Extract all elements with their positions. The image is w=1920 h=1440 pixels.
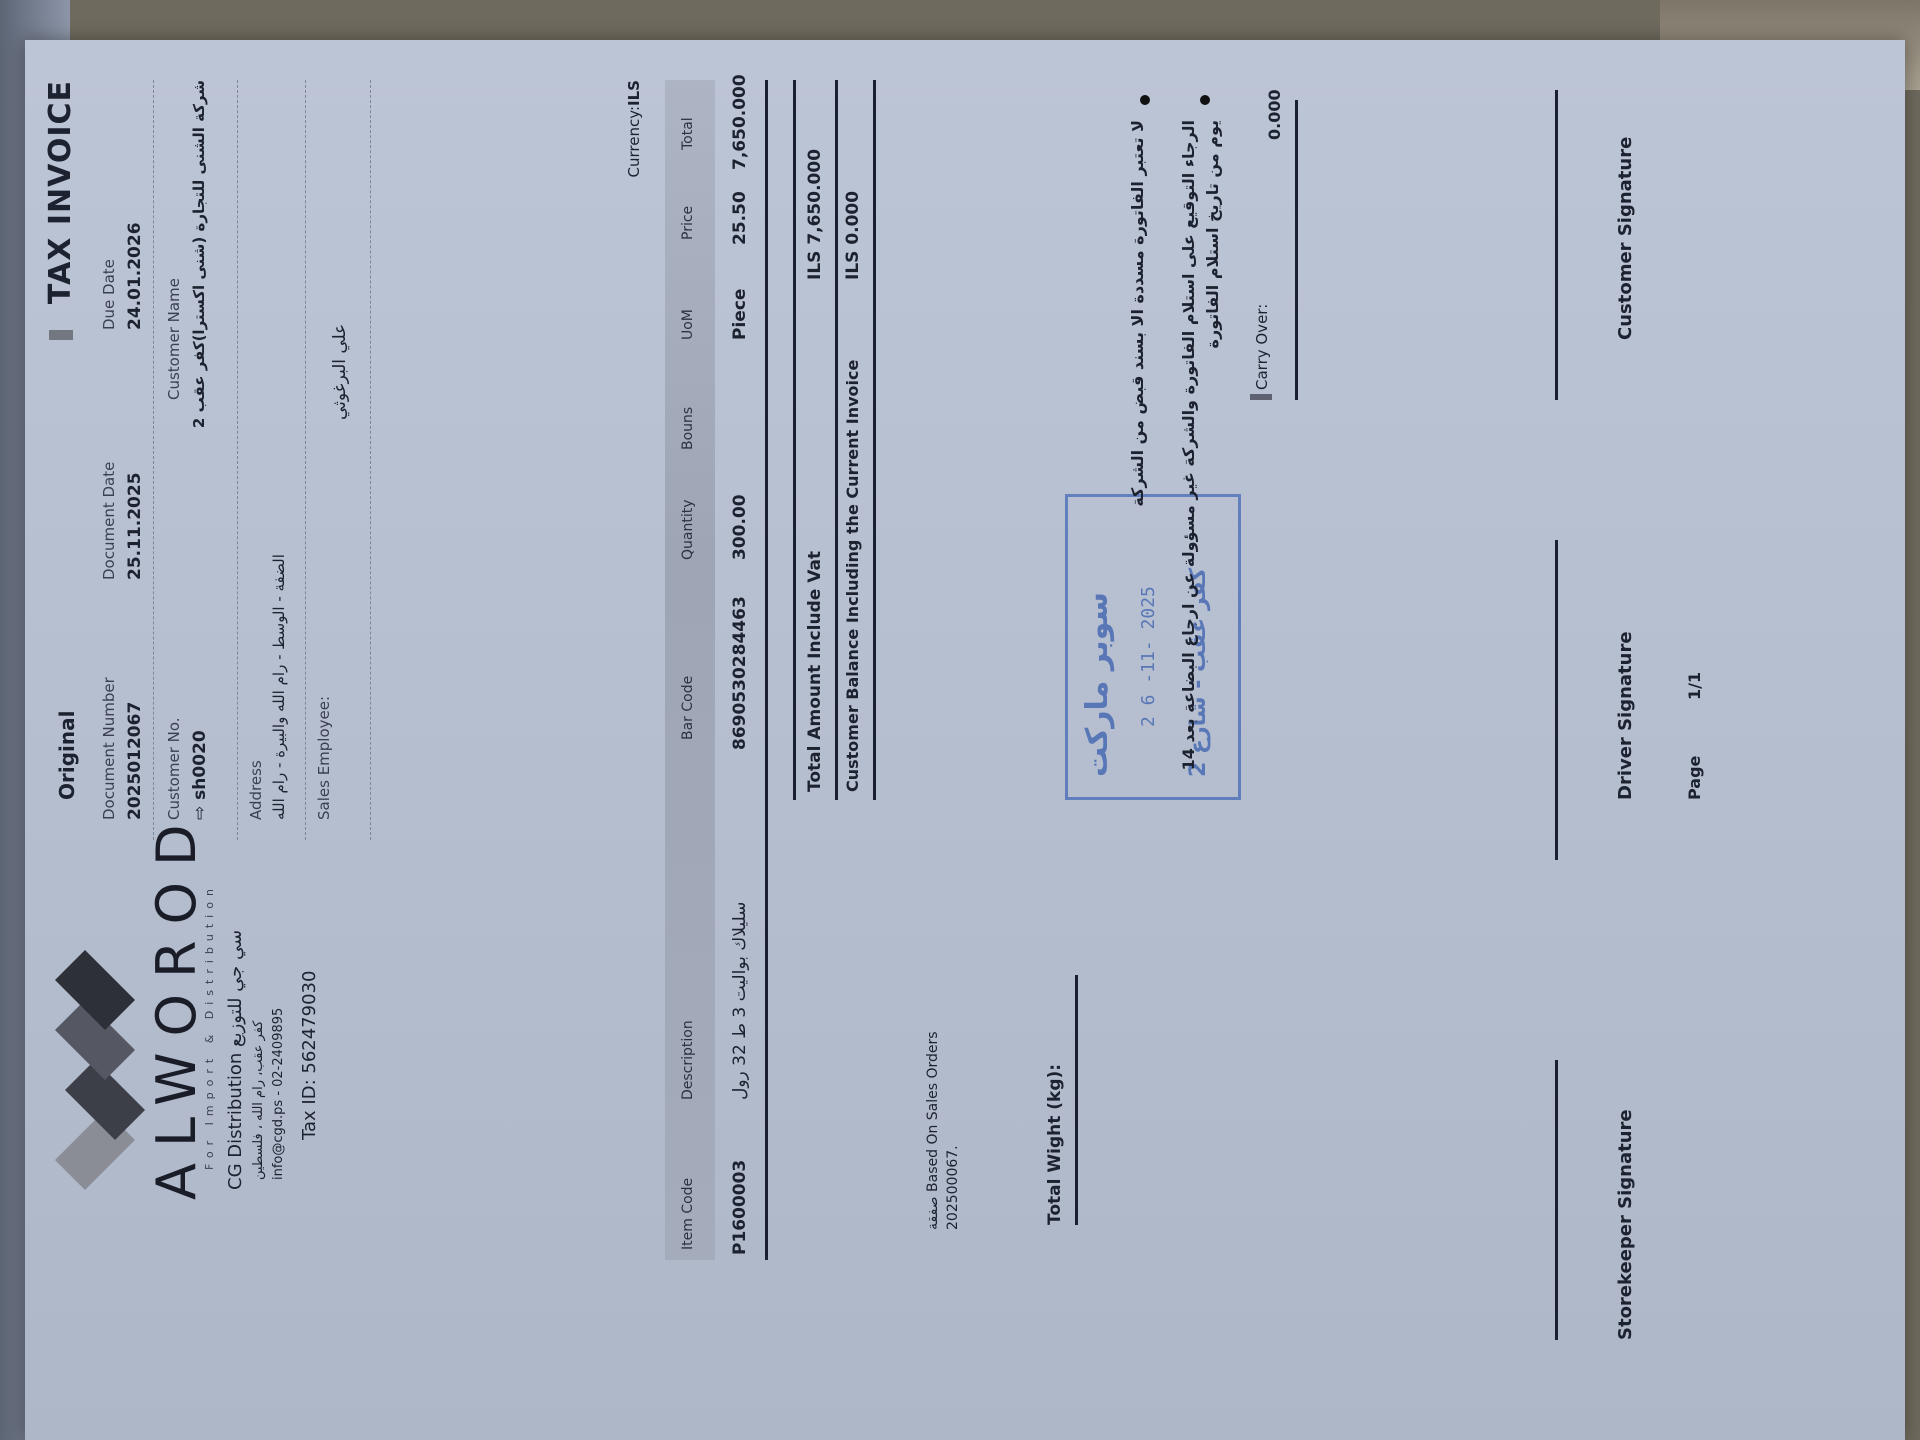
- company-name-ar: سي جي للتوزيع: [225, 930, 246, 1047]
- currency: Currency:ILS: [625, 80, 643, 178]
- carry-over-value: 0.000: [1265, 89, 1284, 140]
- company-contact: info@cgd.ps - 02-2409895: [271, 1008, 286, 1180]
- document-number-label: Document Number: [100, 677, 118, 820]
- totals-rule: [873, 80, 876, 800]
- document-date-label: Document Date: [100, 462, 118, 580]
- driver-signature: Driver Signature: [1615, 631, 1636, 800]
- stamp-line-1: سوبر ماركت: [1080, 592, 1115, 777]
- company-tax-id: Tax ID: 562479030: [299, 971, 320, 1140]
- copy-label: Original: [55, 711, 79, 800]
- note-1: لا تعتبر الفاتورة مسددة الا بسند قبض من …: [1128, 120, 1147, 660]
- currency-label: Currency:: [625, 106, 643, 178]
- total-value: ILS 7,650.000: [805, 149, 825, 280]
- logo-wordmark: ALWOROD: [145, 808, 208, 1200]
- weight-label: Total Wight (kg):: [1045, 1064, 1065, 1225]
- invoice-page: ALWOROD For Import & Distribution CG Dis…: [25, 40, 1905, 1440]
- sales-employee-value: علي البرغوثي: [330, 324, 350, 420]
- carry-marker: [1250, 394, 1272, 400]
- due-date-value: 24.01.2026: [125, 222, 145, 330]
- storekeeper-signature: Storekeeper Signature: [1615, 1109, 1636, 1340]
- based-on-text: Based On Sales Orders: [925, 1031, 941, 1192]
- col-item-code: Item Code: [680, 1178, 696, 1250]
- customer-no-value: ⇨ sh0020: [190, 730, 210, 820]
- col-bar-code: Bar Code: [680, 676, 696, 740]
- balance-label: Customer Balance Including the Current I…: [843, 360, 862, 792]
- customer-signature: Customer Signature: [1615, 137, 1636, 340]
- based-on-orders: صفقة Based On Sales Orders: [925, 1031, 941, 1230]
- address-label: Address: [247, 760, 265, 820]
- row-uom: Piece: [730, 289, 750, 340]
- col-uom: UoM: [680, 309, 696, 340]
- divider: [153, 80, 154, 840]
- customer-name-value: شركة الشنى للتجارة (شنى اكسترا)كفر عقب 2: [190, 80, 208, 640]
- customer-name-label: Customer Name: [165, 278, 183, 400]
- row-price: 25.50: [730, 191, 750, 245]
- row-total: 7,650.000: [730, 74, 750, 170]
- driver-rule: [1555, 540, 1558, 860]
- customer-no-label: Customer No.: [165, 717, 183, 820]
- weight-rule: [1075, 975, 1078, 1225]
- carry-over-rule: [1295, 100, 1298, 400]
- row-quantity: 300.00: [730, 494, 750, 560]
- balance-value: ILS 0.000: [843, 191, 863, 280]
- row-description: سليلاك بواليت 3 ط 32 رول: [730, 902, 750, 1100]
- row-bar-code: 8690530284463: [730, 596, 750, 750]
- note-bullet: [1140, 95, 1150, 105]
- document-date-value: 25.11.2025: [125, 472, 145, 580]
- col-description: Description: [680, 1020, 696, 1100]
- divider: [305, 80, 306, 840]
- currency-value: ILS: [625, 80, 643, 106]
- col-quantity: Quantity: [680, 500, 696, 561]
- storekeeper-rule: [1555, 1060, 1558, 1340]
- document-number-value: 2025012067: [125, 702, 145, 820]
- customer-rule: [1555, 90, 1558, 400]
- table-bottom-rule: [765, 80, 768, 1260]
- page-number: 1/1: [1685, 672, 1704, 700]
- company-address: كفر عقب، رام الله ، فلسطين: [251, 1021, 266, 1180]
- divider: [370, 80, 371, 840]
- company-logo-icon: [45, 910, 155, 1200]
- customer-link-icon[interactable]: ⇨: [190, 806, 210, 820]
- address-value: الضفة - الوسط - رام الله والبيرة - رام ا…: [270, 360, 288, 820]
- company-name-en: CG Distribution: [225, 1053, 246, 1190]
- sales-order-number: 202500067.: [945, 1145, 961, 1230]
- due-date-label: Due Date: [100, 259, 118, 330]
- note-2: الرجاء التوقيع على استلام الفاتورة والشر…: [1177, 120, 1225, 780]
- col-price: Price: [680, 206, 696, 240]
- company-name: CG Distribution سي جي للتوزيع: [225, 930, 246, 1190]
- customer-no-text: sh0020: [190, 730, 210, 800]
- col-bonus: Bouns: [680, 407, 696, 450]
- document-title: TAX INVOICE: [43, 80, 78, 304]
- based-on-ar: صفقة: [925, 1196, 941, 1230]
- divider: [237, 80, 238, 840]
- total-label: Total Amount Include Vat: [805, 551, 825, 792]
- sales-employee-label: Sales Employee:: [315, 696, 333, 820]
- carry-over-label: Carry Over:: [1253, 304, 1271, 390]
- totals-rule: [835, 80, 838, 800]
- row-item-code: P1600003: [730, 1160, 750, 1255]
- col-total: Total: [680, 117, 696, 150]
- totals-rule: [793, 80, 796, 800]
- page-label: Page: [1685, 756, 1704, 800]
- logo-tagline: For Import & Distribution: [203, 883, 216, 1170]
- note-bullet: [1200, 95, 1210, 105]
- title-marker: [49, 330, 73, 340]
